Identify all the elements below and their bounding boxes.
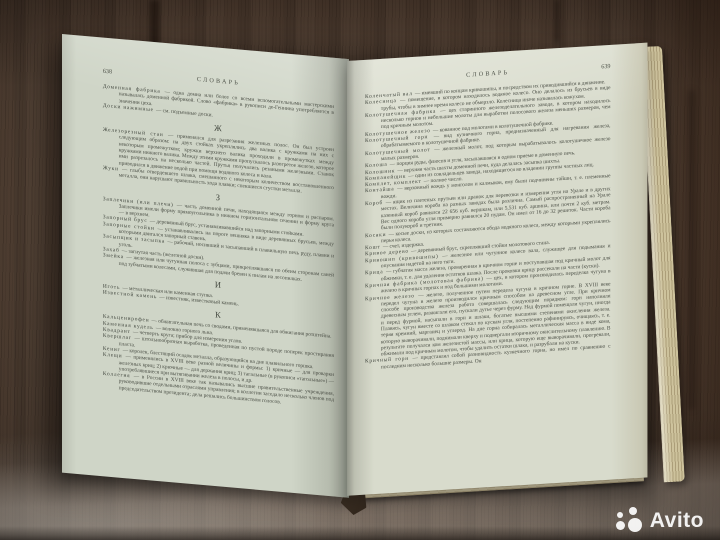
entry-term: Змейка xyxy=(103,253,127,261)
left-dictionary-entries: Доменная фабрика — одна домна или более … xyxy=(103,84,334,410)
left-page-content: 638 СЛОВАРЬ Доменная фабрика — одна домн… xyxy=(62,34,349,411)
avito-watermark-text: Avito xyxy=(650,507,704,534)
right-dictionary-entries: Коленчатый вал — имевший по концам криво… xyxy=(365,79,611,372)
wood-grain-streak xyxy=(688,90,695,410)
wood-grain-streak xyxy=(555,0,559,42)
entry-term: Жуки xyxy=(103,165,122,173)
avito-watermark: Avito xyxy=(616,507,704,534)
right-page-content: СЛОВАРЬ 639 Коленчатый вал — имевший по … xyxy=(347,43,647,373)
entry-term: Клещи xyxy=(103,352,126,360)
avito-dots-icon xyxy=(616,507,643,534)
left-page: 638 СЛОВАРЬ Доменная фабрика — одна домн… xyxy=(62,34,349,498)
right-page: СЛОВАРЬ 639 Коленчатый вал — имевший по … xyxy=(347,43,647,496)
right-page-number: 639 xyxy=(601,63,610,72)
photo-of-open-book: 638 СЛОВАРЬ Доменная фабрика — одна домн… xyxy=(0,0,720,540)
